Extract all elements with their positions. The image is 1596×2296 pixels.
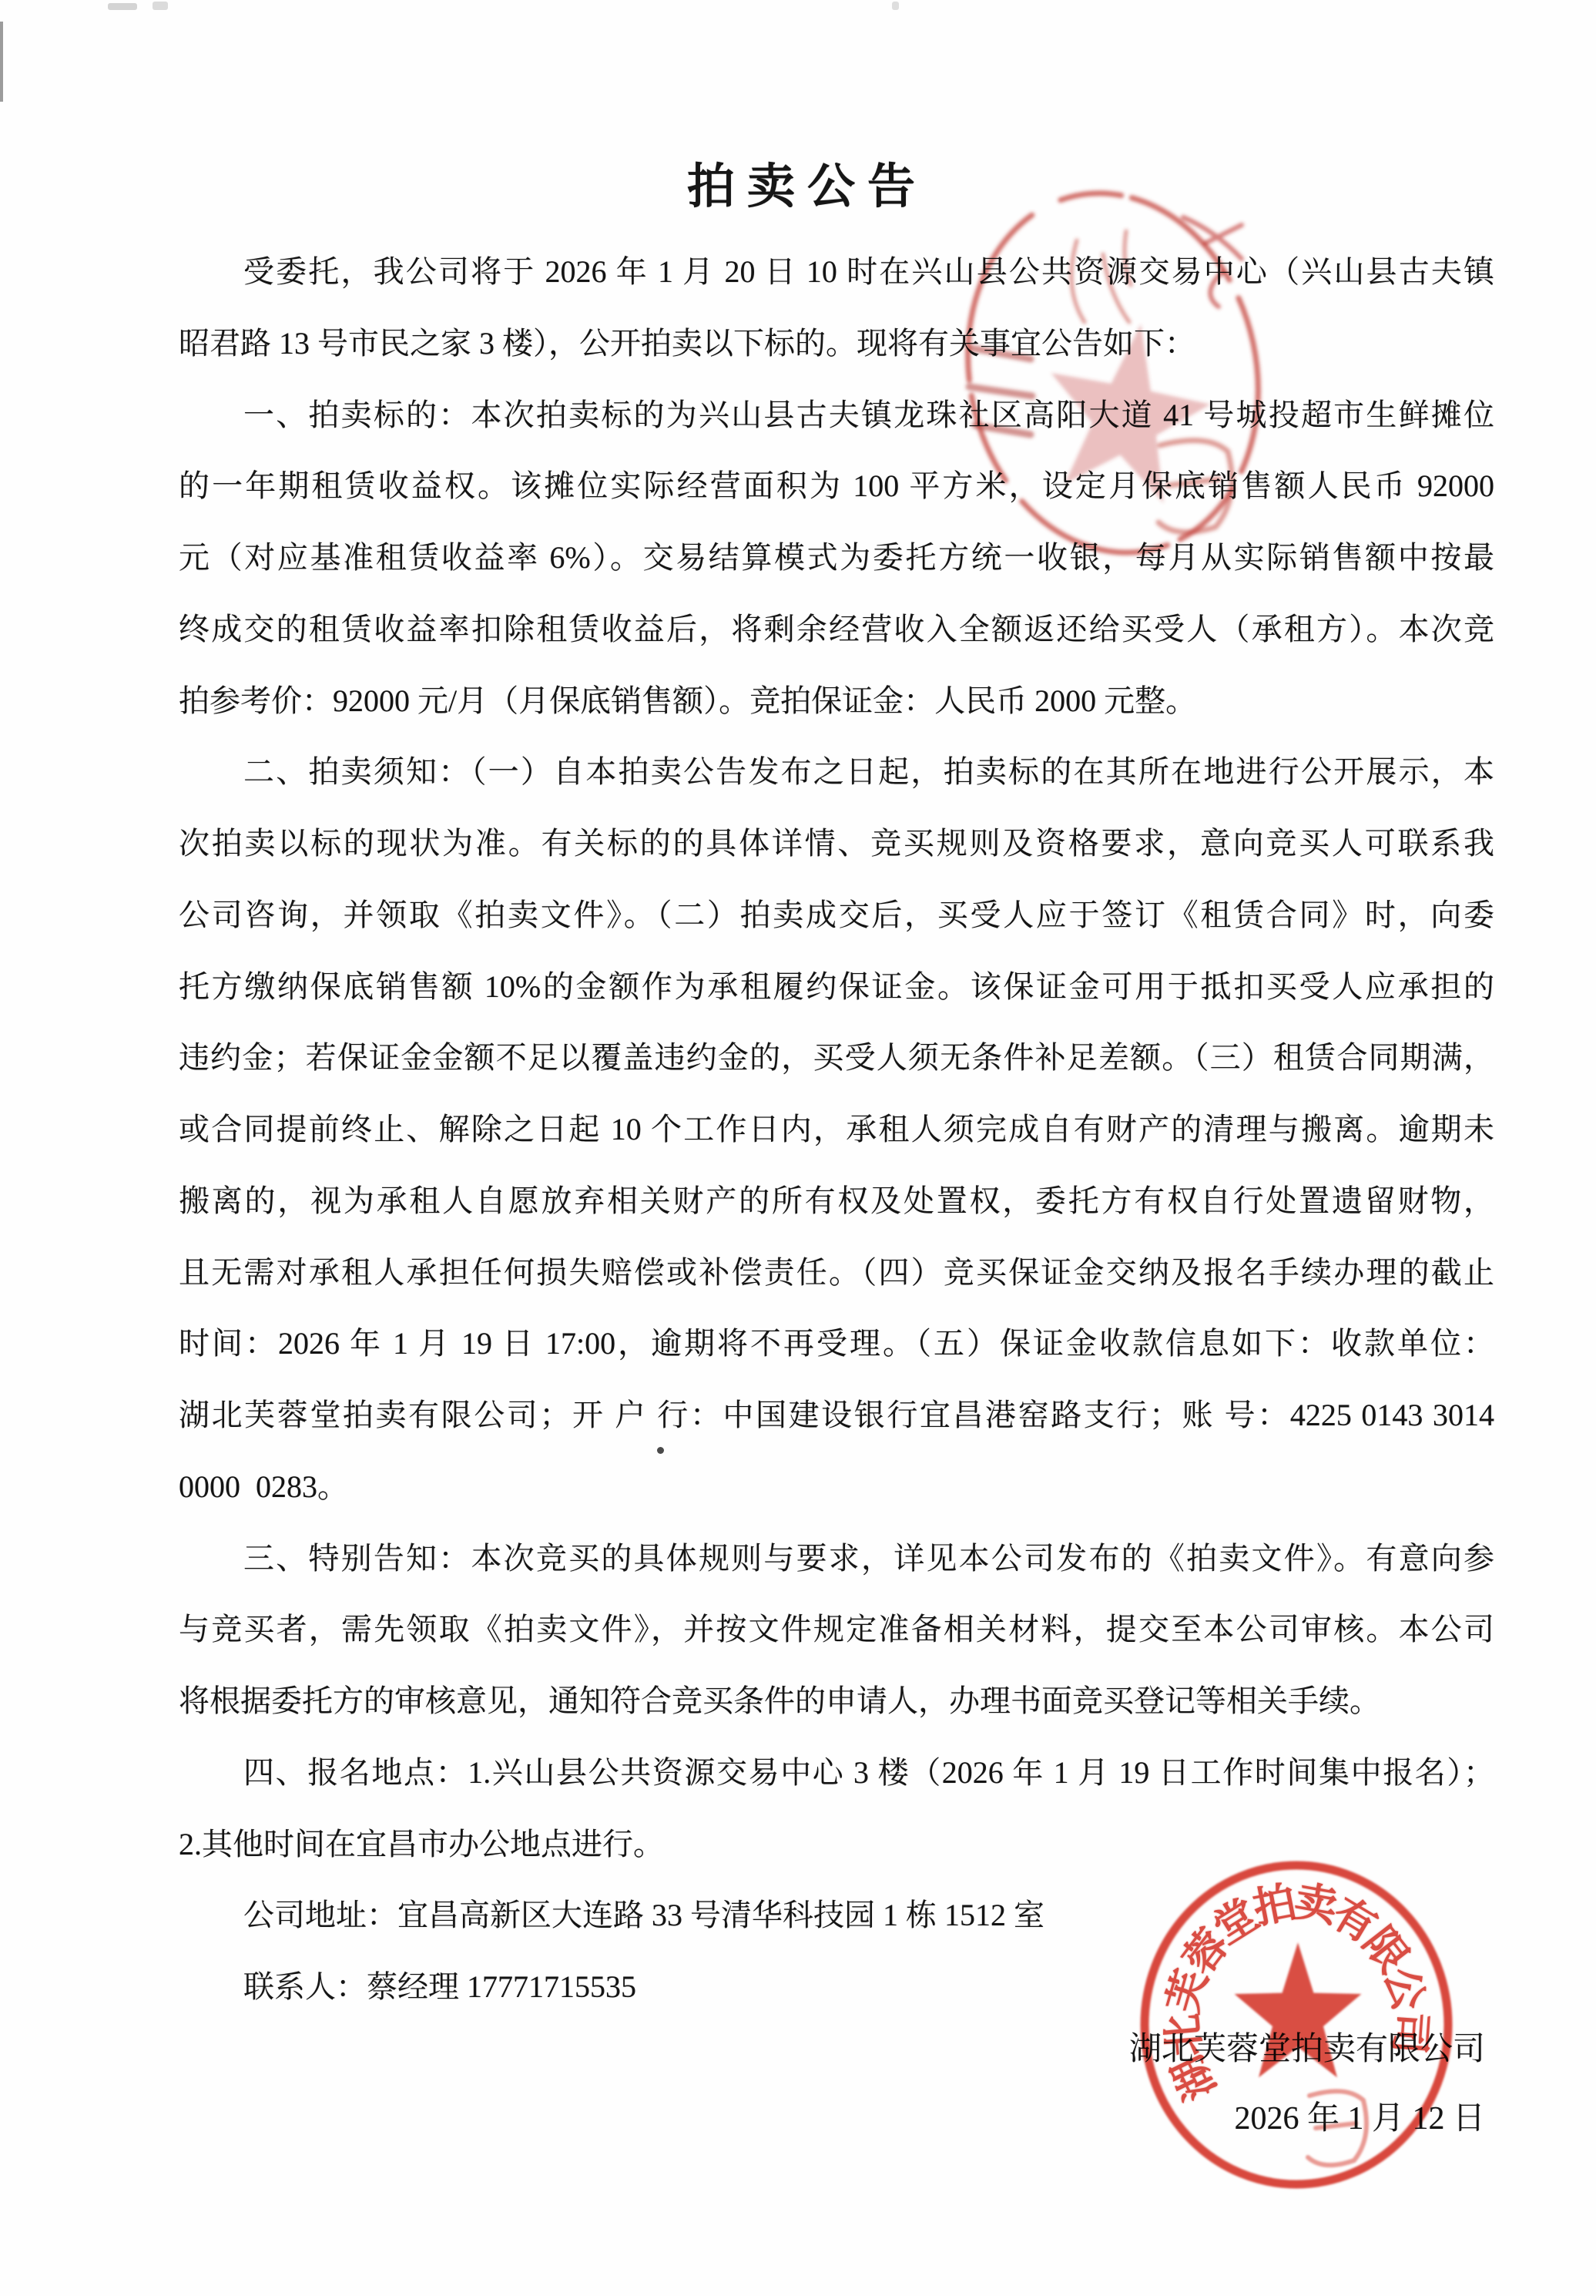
- document-line: 二、拍卖须知：（一）自本拍卖公告发布之日起，拍卖标的在其所在地进行公开展示，本: [179, 736, 1494, 807]
- page-title: 拍卖公告: [0, 154, 1596, 220]
- document-line: 元（对应基准租赁收益率 6%）。交易结算模式为委托方统一收银，每月从实际销售额中…: [179, 522, 1494, 593]
- document-line: 托方缴纳保底销售额 10%的金额作为承租履约保证金。该保证金可用于抵扣买受人应承…: [179, 951, 1494, 1022]
- document-line: 或合同提前终止、解除之日起 10 个工作日内，承租人须完成自有财产的清理与搬离。…: [179, 1093, 1494, 1165]
- document-line: 且无需对承租人承担任何损失赔偿或补偿责任。（四）竞买保证金交纳及报名手续办理的截…: [179, 1237, 1494, 1308]
- signature-company: 湖北芙蓉堂拍卖有限公司: [179, 2014, 1485, 2086]
- document-line: 昭君路 13 号市民之家 3 楼），公开拍卖以下标的。现将有关事宜公告如下：: [179, 307, 1494, 379]
- document-line: 三、特别告知：本次竞买的具体规则与要求，详见本公司发布的《拍卖文件》。有意向参: [179, 1522, 1494, 1594]
- scan-artifact: [657, 1447, 664, 1454]
- document-line: 拍参考价：92000 元/月（月保底销售额）。竞拍保证金：人民币 2000 元整…: [179, 665, 1494, 737]
- document-line: 的一年期租赁收益权。该摊位实际经营面积为 100 平方米，设定月保底销售额人民币…: [179, 450, 1494, 522]
- document-line: 公司地址：宜昌高新区大连路 33 号清华科技园 1 栋 1512 室: [179, 1879, 1494, 1951]
- scan-artifact: [153, 2, 168, 10]
- document-line: 违约金；若保证金金额不足以覆盖违约金的，买受人须无条件补足差额。（三）租赁合同期…: [179, 1022, 1494, 1093]
- signature-date: 2026 年 1 月 12 日: [179, 2083, 1485, 2155]
- document-line: 搬离的，视为承租人自愿放弃相关财产的所有权及处置权，委托方有权自行处置遗留财物，: [179, 1165, 1494, 1237]
- document-line: 联系人：蔡经理 17771715535: [179, 1951, 1494, 2022]
- scan-artifact: [892, 2, 899, 10]
- document-line: 湖北芙蓉堂拍卖有限公司；开 户 行：中国建设银行宜昌港窑路支行；账 号：4225…: [179, 1379, 1494, 1451]
- document-line: 一、拍卖标的：本次拍卖标的为兴山县古夫镇龙珠社区高阳大道 41 号城投超市生鲜摊…: [179, 379, 1494, 451]
- document-line: 公司咨询，并领取《拍卖文件》。（二）拍卖成交后，买受人应于签订《租赁合同》时，向…: [179, 879, 1494, 951]
- scan-artifact: [108, 3, 137, 10]
- document-line: 四、报名地点：1.兴山县公共资源交易中心 3 楼（2026 年 1 月 19 日…: [179, 1737, 1494, 1808]
- document-line: 将根据委托方的审核意见，通知符合竞买条件的申请人，办理书面竞买登记等相关手续。: [179, 1665, 1494, 1737]
- document-line: 2.其他时间在宜昌市办公地点进行。: [179, 1808, 1494, 1880]
- scan-artifact: [0, 22, 3, 102]
- document-line: 受委托，我公司将于 2026 年 1 月 20 日 10 时在兴山县公共资源交易…: [179, 236, 1494, 307]
- document-line: 0000 0283。: [179, 1451, 1494, 1522]
- document-line: 终成交的租赁收益率扣除租赁收益后，将剩余经营收入全额返还给买受人（承租方）。本次…: [179, 593, 1494, 665]
- document-line: 与竞买者，需先领取《拍卖文件》，并按文件规定准备相关材料，提交至本公司审核。本公…: [179, 1593, 1494, 1665]
- document-line: 时间：2026 年 1 月 19 日 17:00，逾期将不再受理。（五）保证金收…: [179, 1307, 1494, 1379]
- scanned-auction-announcement-page: 拍卖公告 受委托，我公司将于 2026 年 1 月 20 日 10 时在兴山县公…: [0, 0, 1596, 2296]
- document-line: 次拍卖以标的现状为准。有关标的的具体详情、竞买规则及资格要求，意向竞买人可联系我: [179, 807, 1494, 879]
